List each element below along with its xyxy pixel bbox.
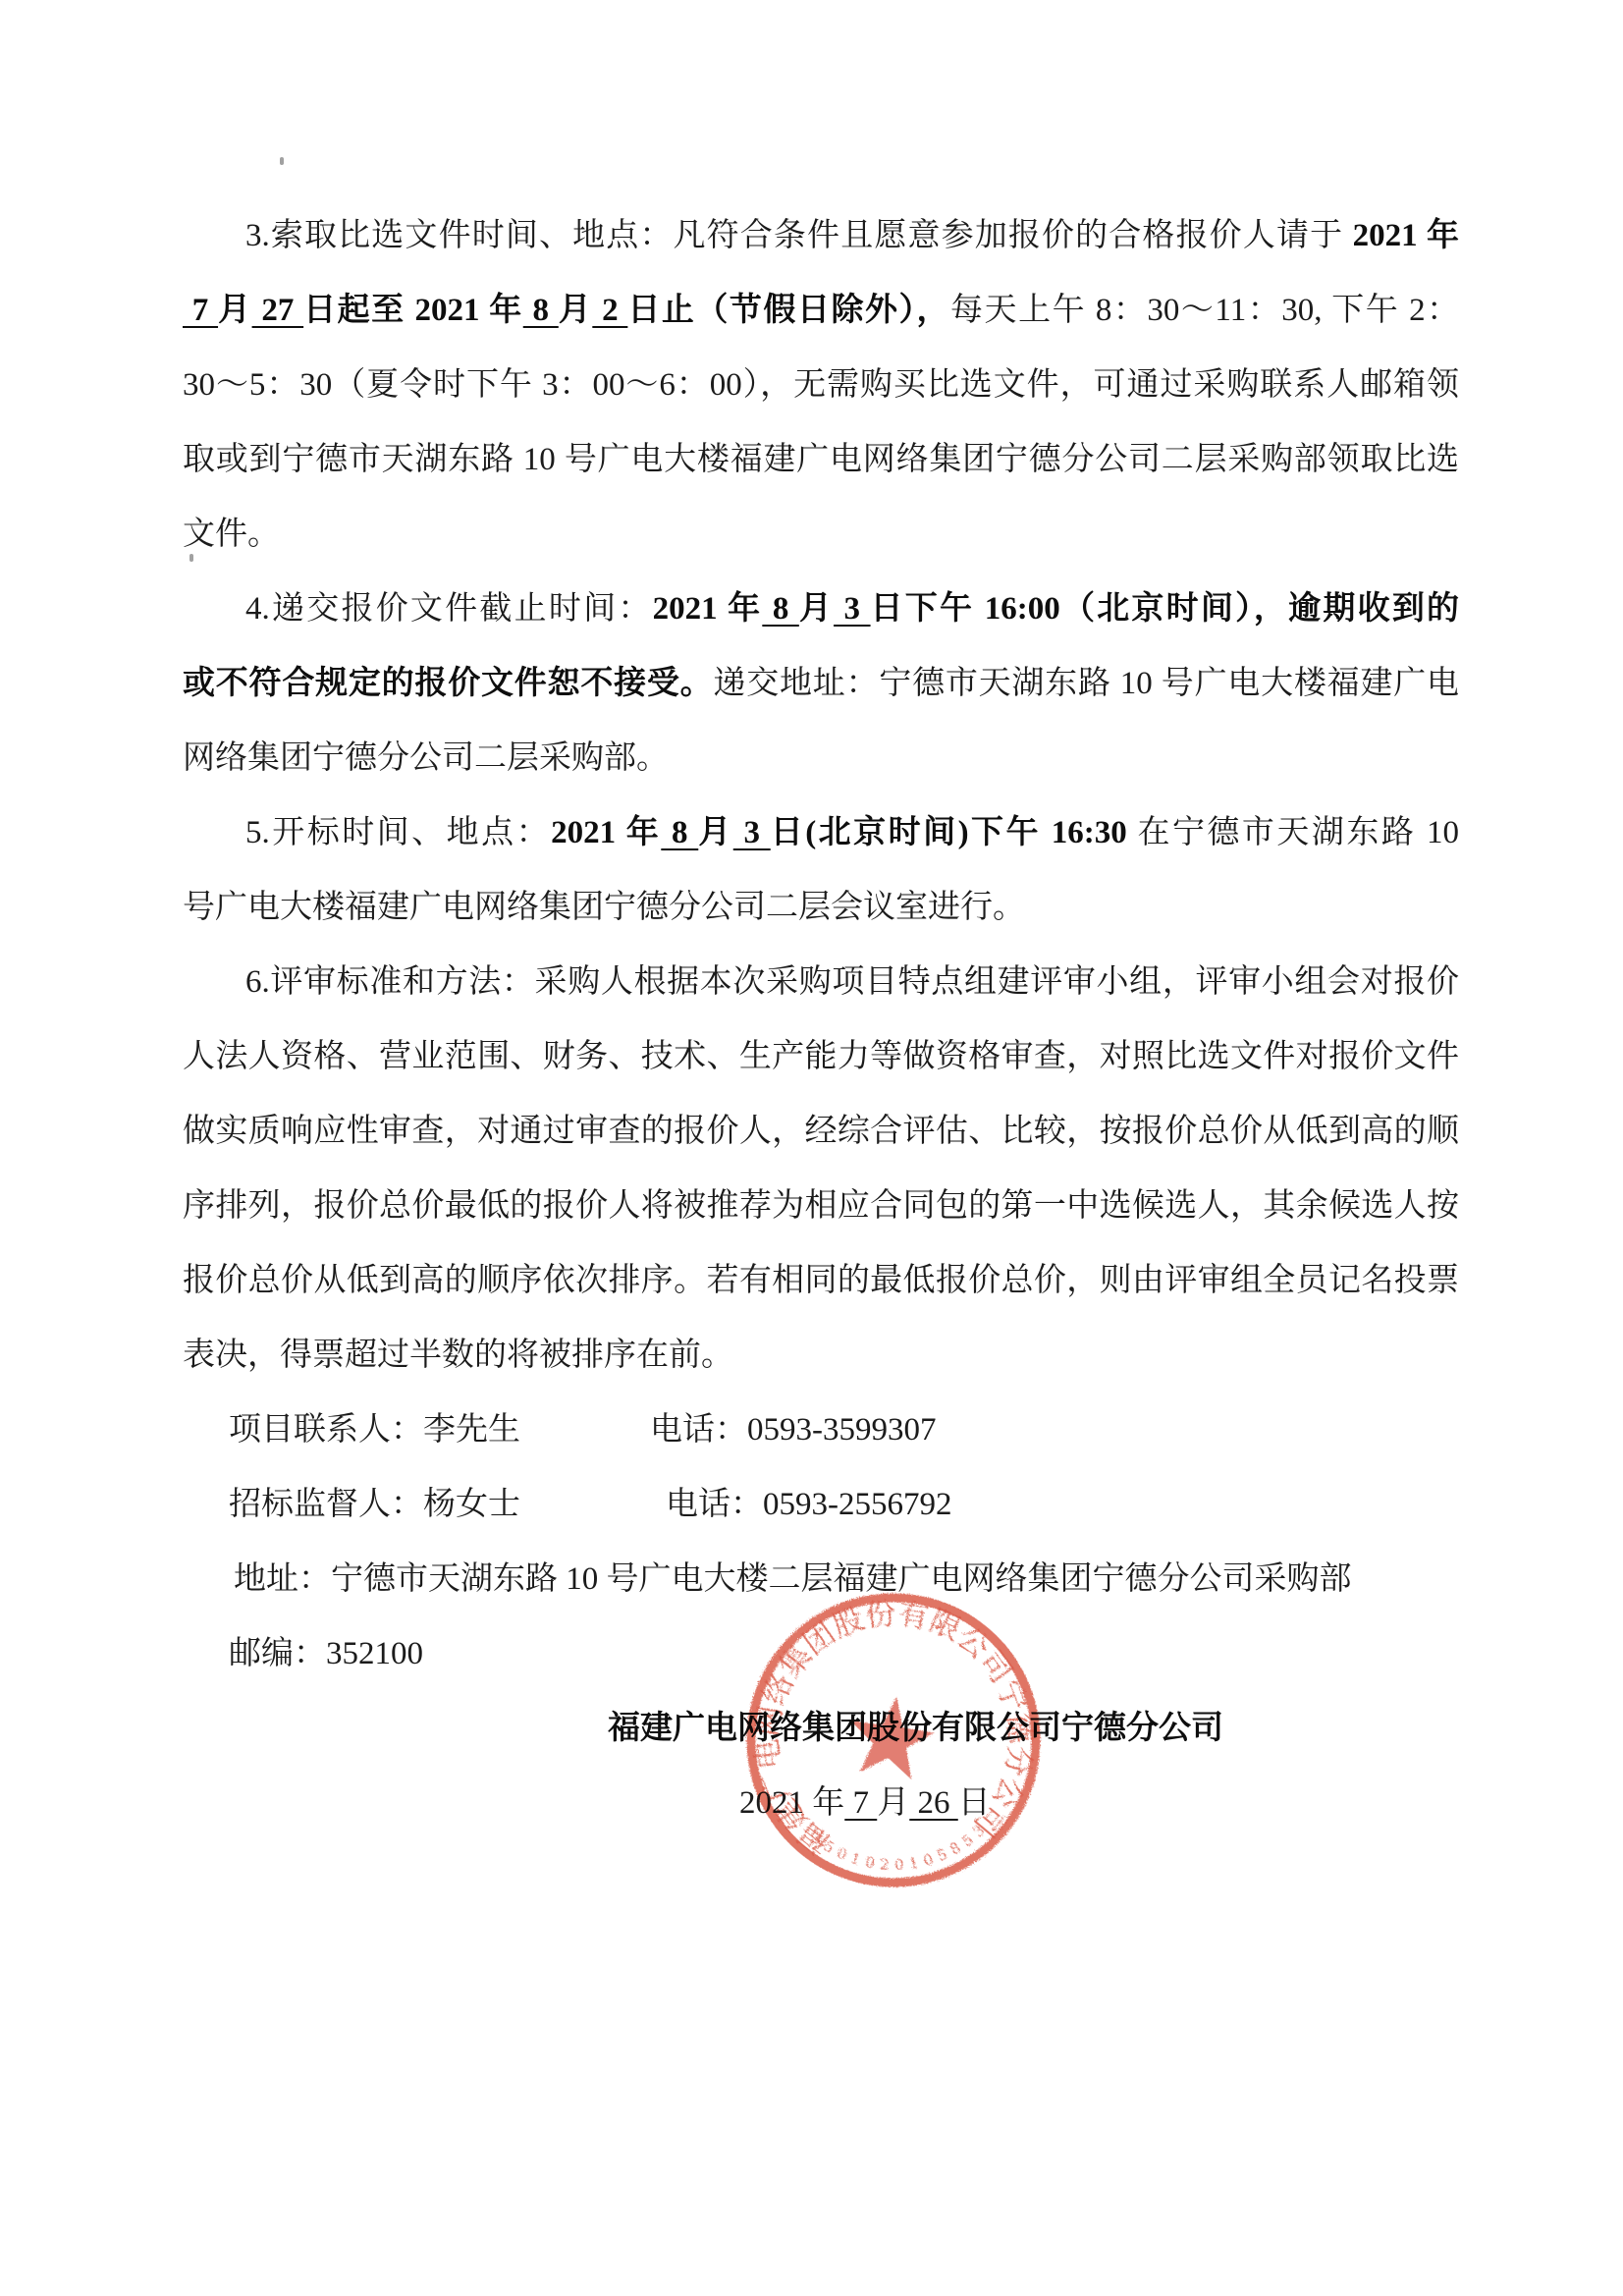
text-segment: 每天上午 8：30～11：30, 下午 2：: [950, 293, 1459, 328]
text-segment: 3: [834, 591, 870, 627]
text-line: 招标监督人：杨女士电话：0593-2556792: [183, 1467, 1459, 1542]
text-segment: 2021 年: [739, 1785, 844, 1821]
text-segment: 26: [909, 1785, 958, 1821]
text-line: 2021 年 7 月 26 日: [739, 1766, 1459, 1840]
text-segment: 做实质响应性审查，对通过审查的报价人，经综合评估、比较，按报价总价从低到高的顺: [183, 1114, 1459, 1149]
text-line: 7 月 27 日起至 2021 年 8 月 2 日止（节假日除外），每天上午 8…: [183, 273, 1459, 348]
text-segment: 8: [523, 293, 559, 328]
text-line: 表决，得票超过半数的将被排序在前。: [183, 1318, 1459, 1393]
text-line: 4.递交报价文件截止时间：2021 年 8 月 3 日下午 16:00（北京时间…: [183, 572, 1459, 646]
text-segment: 在宁德市天湖东路 10: [1137, 815, 1459, 850]
text-segment: 或不符合规定的报价文件恕不接受。: [183, 666, 713, 701]
text-segment: 8: [661, 815, 698, 850]
text-line: 邮编：352100: [183, 1616, 1459, 1691]
text-line: 30～5：30（夏令时下午 3：00～6：00），无需购买比选文件，可通过采购联…: [183, 348, 1459, 422]
text-segment: 2021 年: [1353, 218, 1459, 253]
text-segment: 表决，得票超过半数的将被排序在前。: [183, 1338, 733, 1373]
text-line: 报价总价从低到高的顺序依次排序。若有相同的最低报价总价，则由评审组全员记名投票: [183, 1243, 1459, 1318]
text-segment: 人法人资格、营业范围、财务、技术、生产能力等做资格审查，对照比选文件对报价文件: [183, 1039, 1459, 1074]
text-line: 3.索取比选文件时间、地点：凡符合条件且愿意参加报价的合格报价人请于 2021 …: [183, 198, 1459, 273]
text-segment: 2021 年: [653, 591, 763, 627]
text-line: 6.评审标准和方法：采购人根据本次采购项目特点组建评审小组，评审小组会对报价: [183, 945, 1459, 1019]
text-segment: 电话：0593-2556792: [666, 1487, 952, 1522]
text-segment: 招标监督人：杨女士: [229, 1487, 520, 1522]
text-segment: 日止（节假日除外），: [627, 293, 950, 328]
text-segment: 3.索取比选文件时间、地点：凡符合条件且愿意参加报价的合格报价人请于: [245, 218, 1353, 253]
text-segment: 地址：宁德市天湖东路 10 号广电大楼二层福建广电网络集团宁德分公司采购部: [234, 1561, 1352, 1597]
text-line: 项目联系人：李先生电话：0593-3599307: [183, 1393, 1459, 1467]
text-segment: 月: [218, 293, 252, 328]
scanned-document-page: 3.索取比选文件时间、地点：凡符合条件且愿意参加报价的合格报价人请于 2021 …: [0, 0, 1623, 2296]
text-line: 地址：宁德市天湖东路 10 号广电大楼二层福建广电网络集团宁德分公司采购部: [183, 1542, 1459, 1616]
text-segment: 电话：0593-3599307: [650, 1412, 937, 1448]
text-line: 做实质响应性审查，对通过审查的报价人，经综合评估、比较，按报价总价从低到高的顺: [183, 1094, 1459, 1169]
text-segment: 邮编：352100: [229, 1636, 423, 1671]
text-segment: 8: [762, 591, 798, 627]
text-segment: 5.开标时间、地点：: [245, 815, 551, 850]
text-segment: 文件。: [183, 517, 280, 552]
text-segment: 7: [844, 1785, 877, 1821]
text-segment: 报价总价从低到高的顺序依次排序。若有相同的最低报价总价，则由评审组全员记名投票: [183, 1263, 1459, 1298]
text-segment: 2: [592, 293, 627, 328]
text-segment: 7: [183, 293, 218, 328]
spacing-gap: [520, 1439, 650, 1440]
text-segment: 4.递交报价文件截止时间：: [245, 591, 653, 627]
document-body: 3.索取比选文件时间、地点：凡符合条件且愿意参加报价的合格报价人请于 2021 …: [183, 198, 1459, 1840]
text-segment: 序排列，报价总价最低的报价人将被推荐为相应合同包的第一中选候选人，其余候选人按: [183, 1188, 1459, 1224]
spacing-gap: [520, 1513, 666, 1514]
text-segment: 6.评审标准和方法：采购人根据本次采购项目特点组建评审小组，评审小组会对报价: [245, 964, 1459, 1000]
text-line: 号广电大楼福建广电网络集团宁德分公司二层会议室进行。: [183, 870, 1459, 945]
text-segment: 福建广电网络集团股份有限公司宁德分公司: [608, 1711, 1223, 1746]
text-line: 福建广电网络集团股份有限公司宁德分公司: [608, 1691, 1459, 1766]
text-segment: 日起至 2021 年: [303, 293, 523, 328]
text-segment: 月: [877, 1785, 909, 1821]
text-segment: 27: [252, 293, 304, 328]
text-segment: 递交地址：宁德市天湖东路 10 号广电大楼福建广电: [713, 666, 1459, 701]
text-segment: 30～5：30（夏令时下午 3：00～6：00），无需购买比选文件，可通过采购联…: [183, 367, 1459, 403]
text-segment: 2021 年: [551, 815, 661, 850]
scan-artifact-dot: [280, 157, 284, 165]
text-segment: 项目联系人：李先生: [229, 1412, 520, 1448]
text-segment: 日: [958, 1785, 991, 1821]
text-segment: 取或到宁德市天湖东路 10 号广电大楼福建广电网络集团宁德分公司二层采购部领取比…: [183, 442, 1459, 477]
text-segment: 3: [733, 815, 771, 850]
text-segment: 月: [799, 591, 834, 627]
text-segment: 日下午 16:00（北京时间），逾期收到的: [871, 591, 1460, 627]
text-line: 网络集团宁德分公司二层采购部。: [183, 721, 1459, 795]
text-line: 取或到宁德市天湖东路 10 号广电大楼福建广电网络集团宁德分公司二层采购部领取比…: [183, 422, 1459, 497]
text-line: 5.开标时间、地点：2021 年 8 月 3 日(北京时间)下午 16:30 在…: [183, 795, 1459, 870]
text-segment: 日(北京时间)下午 16:30: [771, 815, 1138, 850]
text-segment: 月: [698, 815, 732, 850]
text-segment: 网络集团宁德分公司二层采购部。: [183, 740, 669, 776]
text-segment: 月: [559, 293, 593, 328]
text-line: 或不符合规定的报价文件恕不接受。递交地址：宁德市天湖东路 10 号广电大楼福建广…: [183, 646, 1459, 721]
text-line: 人法人资格、营业范围、财务、技术、生产能力等做资格审查，对照比选文件对报价文件: [183, 1019, 1459, 1094]
text-line: 文件。: [183, 497, 1459, 572]
text-segment: 号广电大楼福建广电网络集团宁德分公司二层会议室进行。: [183, 890, 1025, 925]
text-line: 序排列，报价总价最低的报价人将被推荐为相应合同包的第一中选候选人，其余候选人按: [183, 1169, 1459, 1243]
scan-artifact-dot: [189, 554, 193, 562]
